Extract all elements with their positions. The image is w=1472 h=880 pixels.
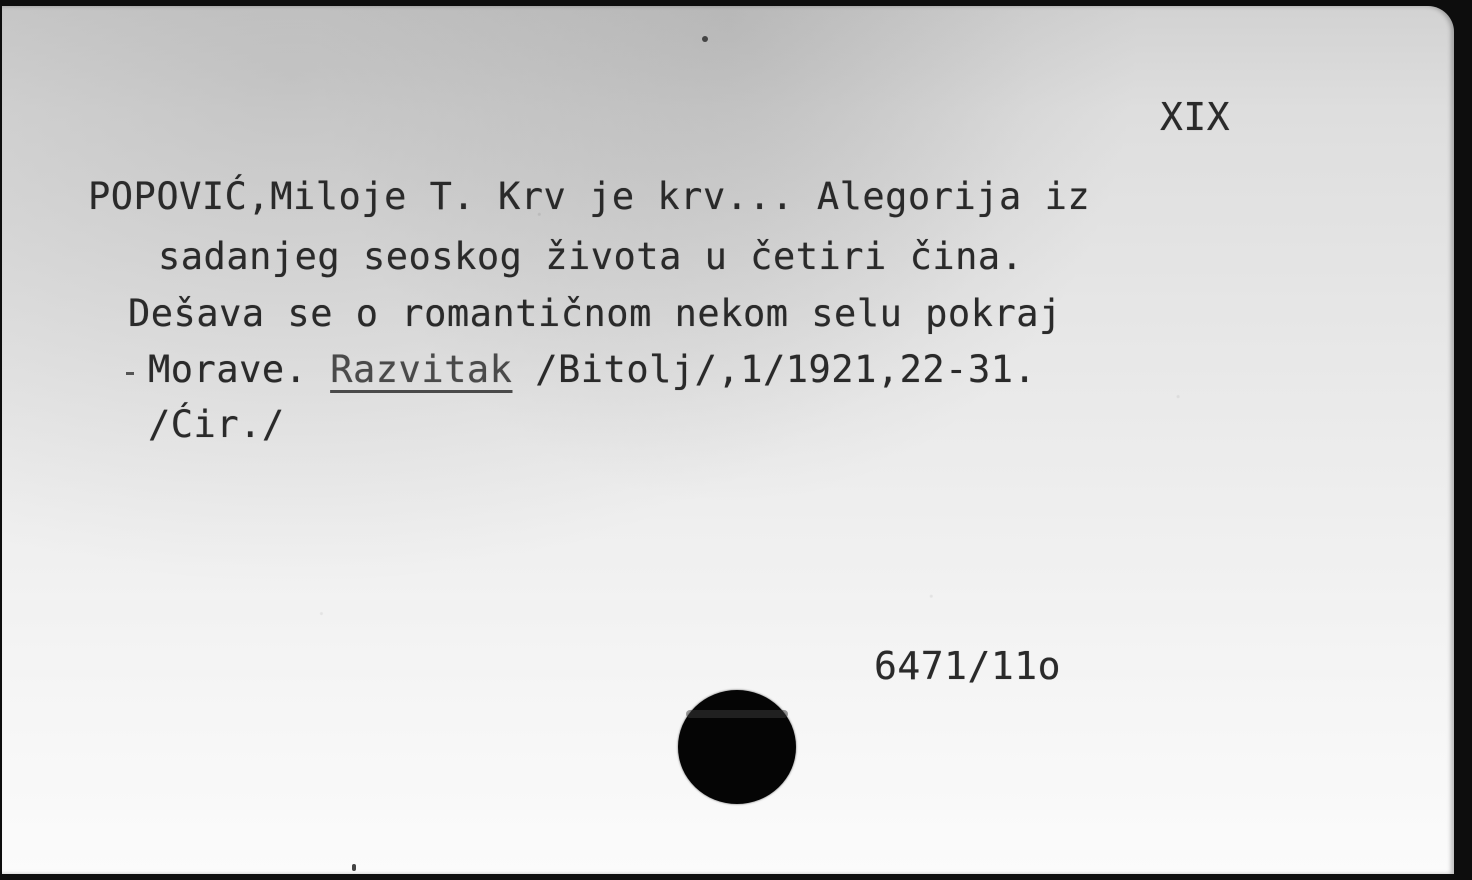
ink-speck — [352, 864, 356, 871]
scan-frame: XIX POPOVIĆ,Miloje T. Krv je krv... Aleg… — [0, 0, 1472, 880]
margin-mark — [126, 372, 134, 375]
catalog-card: XIX POPOVIĆ,Miloje T. Krv je krv... Aleg… — [2, 6, 1454, 874]
source-prefix: Morave. — [148, 348, 330, 391]
call-number: 6471/11o — [874, 647, 1061, 685]
punch-hole — [678, 690, 796, 804]
entry-line-subtitle: sadanjeg seoskog života u četiri čina. — [158, 238, 1023, 275]
section-number: XIX — [1160, 98, 1230, 136]
entry-line-source: Morave. Razvitak /Bitolj/,1/1921,22-31. — [148, 351, 1036, 388]
ink-speck — [702, 36, 708, 42]
entry-line-script-note: /Ćir./ — [148, 406, 285, 443]
entry-line-note: Dešava se o romantičnom nekom selu pokra… — [128, 295, 1062, 332]
entry-line-author-title: POPOVIĆ,Miloje T. Krv je krv... Alegorij… — [88, 178, 1090, 215]
source-details: /Bitolj/,1/1921,22-31. — [512, 348, 1036, 391]
journal-title: Razvitak — [330, 348, 512, 391]
